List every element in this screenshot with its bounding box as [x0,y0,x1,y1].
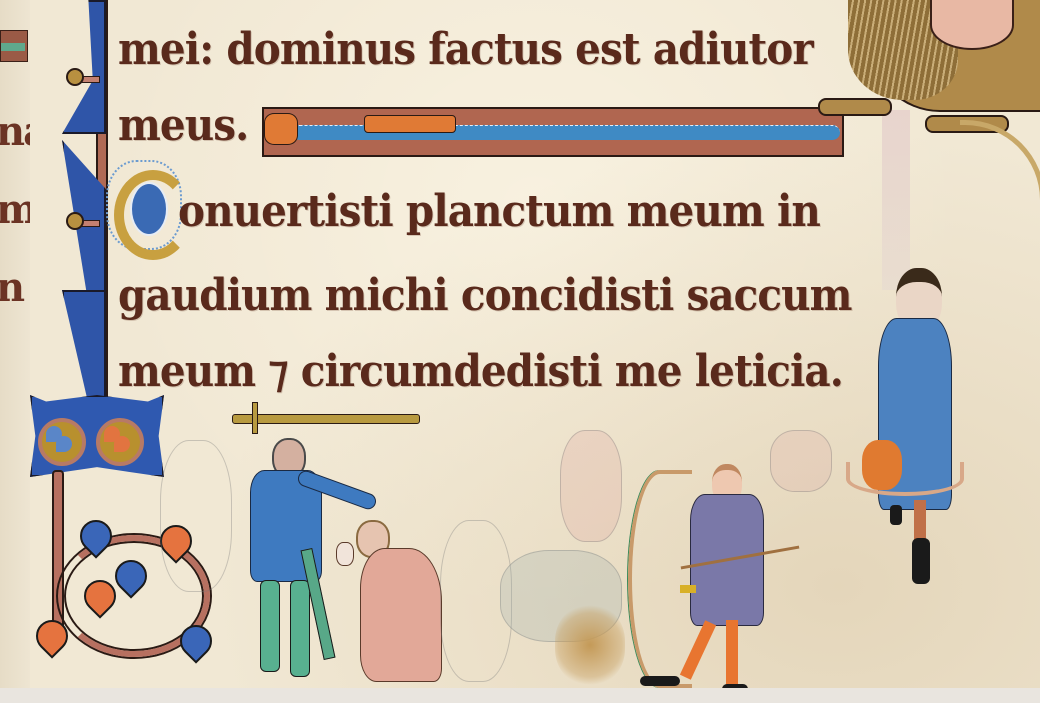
water-stain [555,605,625,685]
facing-page-edge: na m. n [0,0,32,703]
underdrawing-figure-pink [560,430,622,542]
executioner-leg [260,580,280,672]
serpent-line-filler [262,107,844,157]
lion-paw [818,98,892,116]
underdrawing-figure [160,440,232,592]
serpent-head [264,113,298,145]
facing-page-fragment: m. [0,186,32,233]
crossbow-icon [846,462,964,496]
crossbowman-shoe [890,505,902,525]
quatrefoil-roundel-blue [38,418,86,466]
text-line-3: onuertisti planctum meum in [178,190,820,234]
kneeling-man-robe [360,548,442,682]
crossbowman-leg [914,500,926,540]
page-bottom-edge [0,688,1040,703]
archer-leg [726,620,738,686]
sword-crossguard [252,402,258,434]
illuminated-initial [106,160,182,250]
quatrefoil-roundel-orange [96,418,144,466]
facing-page-fragment: na [0,108,32,155]
facing-page-line-filler [0,30,28,62]
initial-infill [130,182,168,236]
longbow-icon [628,470,692,688]
executioner-leg [290,580,310,677]
underdrawing-roundel [770,430,832,492]
praying-hands [336,542,354,566]
text-line-2: meus. [118,104,248,148]
arrowhead [680,585,696,593]
crossbowman-boot [912,538,930,584]
text-line-5: meum ⁊ circumdedisti me leticia. [118,350,843,394]
faded-border-stem [882,110,910,290]
text-line-1: mei: dominus factus est adiutor [118,28,813,72]
facing-page-fragment: n [0,264,23,311]
gold-knob-icon [66,68,84,86]
text-line-4: gaudium michi concidisti saccum [118,274,852,318]
lion-tail [960,120,1040,345]
serpent-wing [364,115,456,133]
gold-knob-icon [66,212,84,230]
sword-icon [232,414,420,424]
lion-face [930,0,1014,50]
archer-shoe [640,676,680,686]
